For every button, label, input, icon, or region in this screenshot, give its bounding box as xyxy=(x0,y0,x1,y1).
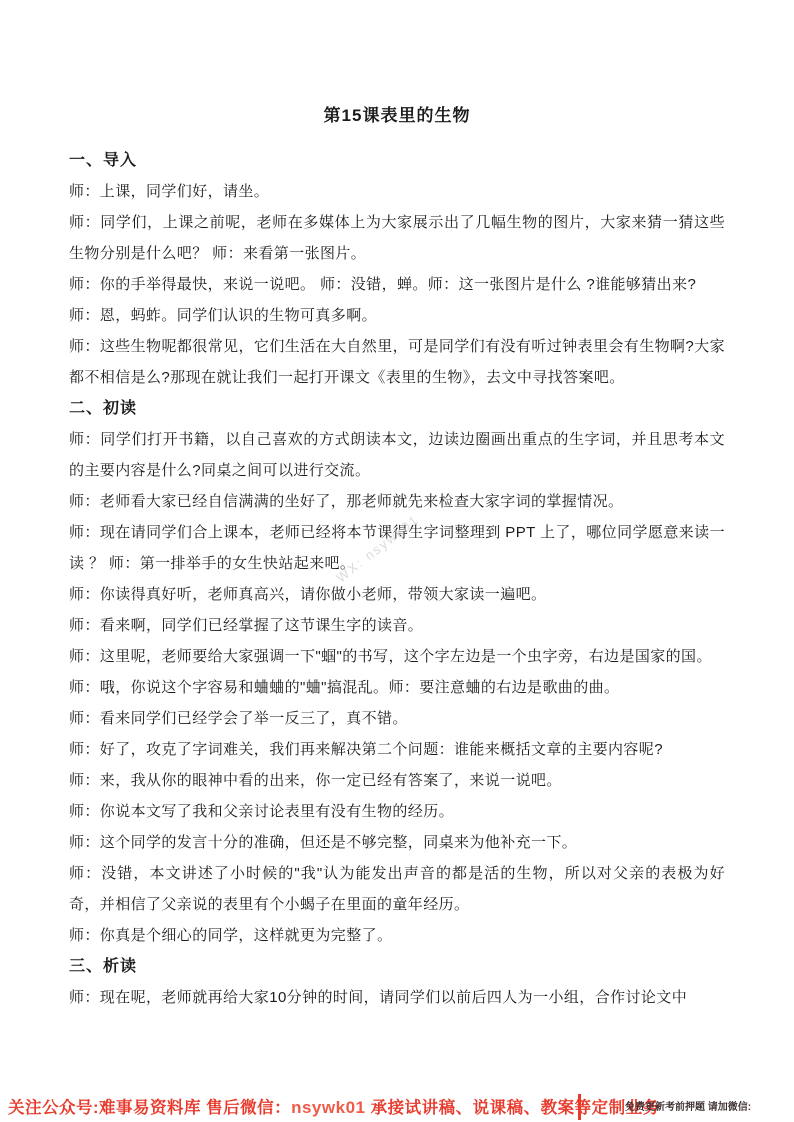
script-paragraph: 师：看来啊，同学们已经掌握了这节课生字的读音。 xyxy=(69,610,725,641)
script-paragraph: 师：老师看大家已经自信满满的坐好了，那老师就先来检查大家字词的掌握情况。 xyxy=(69,486,725,517)
script-paragraph: 师：哦，你说这个字容易和蛐蛐的"蛐"搞混乱。师：要注意蛐的右边是歌曲的曲。 xyxy=(69,672,725,703)
script-paragraph: 师：这个同学的发言十分的准确，但还是不够完整，同桌来为他补充一下。 xyxy=(69,827,725,858)
section: 二、初读师：同学们打开书籍，以自己喜欢的方式朗读本文，边读边圈画出重点的生字词，… xyxy=(69,393,725,951)
section: 三、析读师：现在呢，老师就再给大家10分钟的时间，请同学们以前后四人为一小组，合… xyxy=(69,951,725,1013)
script-paragraph: 师：同学们，上课之前呢，老师在多媒体上为大家展示出了几幅生物的图片，大家来猜一猜… xyxy=(69,207,725,269)
footer-promo-suffix: 承接试讲稿、说课稿、教案等定制业务 xyxy=(365,1099,659,1117)
wechat-id-text: nsywk01 xyxy=(291,1098,365,1117)
script-paragraph: 师：这里呢，老师要给大家强调一下"蝈"的书写，这个字左边是一个虫字旁，右边是国家… xyxy=(69,641,725,672)
script-paragraph: 师：同学们打开书籍，以自己喜欢的方式朗读本文，边读边圈画出重点的生字词，并且思考… xyxy=(69,424,725,486)
footer-promo-text: 关注公众号:难事易资料库 售后微信：nsywk01 承接试讲稿、说课稿、教案等定… xyxy=(8,1094,660,1118)
document-page: 第15课表里的生物 WX: nsywk01 一、导入师：上课，同学们好，请坐。师… xyxy=(0,0,794,1122)
section-heading: 三、析读 xyxy=(69,951,725,982)
section: 一、导入师：上课，同学们好，请坐。师：同学们，上课之前呢，老师在多媒体上为大家展… xyxy=(69,145,725,393)
script-paragraph: 师：看来同学们已经学会了举一反三了，真不错。 xyxy=(69,703,725,734)
script-paragraph: 师：这些生物呢都很常见，它们生活在大自然里，可是同学们有没有听过钟表里会有生物啊… xyxy=(69,331,725,393)
script-paragraph: 师：来，我从你的眼神中看的出来，你一定已经有答案了，来说一说吧。 xyxy=(69,765,725,796)
footer-divider-line xyxy=(578,1094,581,1120)
script-paragraph: 师：你的手举得最快，来说一说吧。 师：没错，蝉。师：这一张图片是什么 ?谁能够猜… xyxy=(69,269,725,300)
footer-note-text: 免费更新考前押题 请加微信: xyxy=(625,1098,751,1113)
script-paragraph: 师：你说本文写了我和父亲讨论表里有没有生物的经历。 xyxy=(69,796,725,827)
footer-promo-prefix: 关注公众号:难事易资料库 售后微信： xyxy=(8,1099,291,1117)
script-paragraph: 师：上课，同学们好，请坐。 xyxy=(69,176,725,207)
script-paragraph: 师：你真是个细心的同学，这样就更为完整了。 xyxy=(69,920,725,951)
script-paragraph: 师：好了，攻克了字词难关，我们再来解决第二个问题：谁能来概括文章的主要内容呢? xyxy=(69,734,725,765)
section-heading: 二、初读 xyxy=(69,393,725,424)
script-paragraph: 师：没错，本文讲述了小时候的"我"认为能发出声音的都是活的生物，所以对父亲的表极… xyxy=(69,858,725,920)
script-paragraph: 师：现在请同学们合上课本，老师已经将本节课得生字词整理到 PPT 上了，哪位同学… xyxy=(69,517,725,579)
footer-banner: 关注公众号:难事易资料库 售后微信：nsywk01 承接试讲稿、说课稿、教案等定… xyxy=(0,1086,794,1122)
script-paragraph: 师：你读得真好听，老师真高兴，请你做小老师，带领大家读一遍吧。 xyxy=(69,579,725,610)
script-paragraph: 师：恩，蚂蚱。同学们认识的生物可真多啊。 xyxy=(69,300,725,331)
document-title: 第15课表里的生物 xyxy=(0,0,794,130)
document-body: 一、导入师：上课，同学们好，请坐。师：同学们，上课之前呢，老师在多媒体上为大家展… xyxy=(0,145,794,1013)
section-heading: 一、导入 xyxy=(69,145,725,176)
script-paragraph: 师：现在呢，老师就再给大家10分钟的时间，请同学们以前后四人为一小组，合作讨论文… xyxy=(69,982,725,1013)
